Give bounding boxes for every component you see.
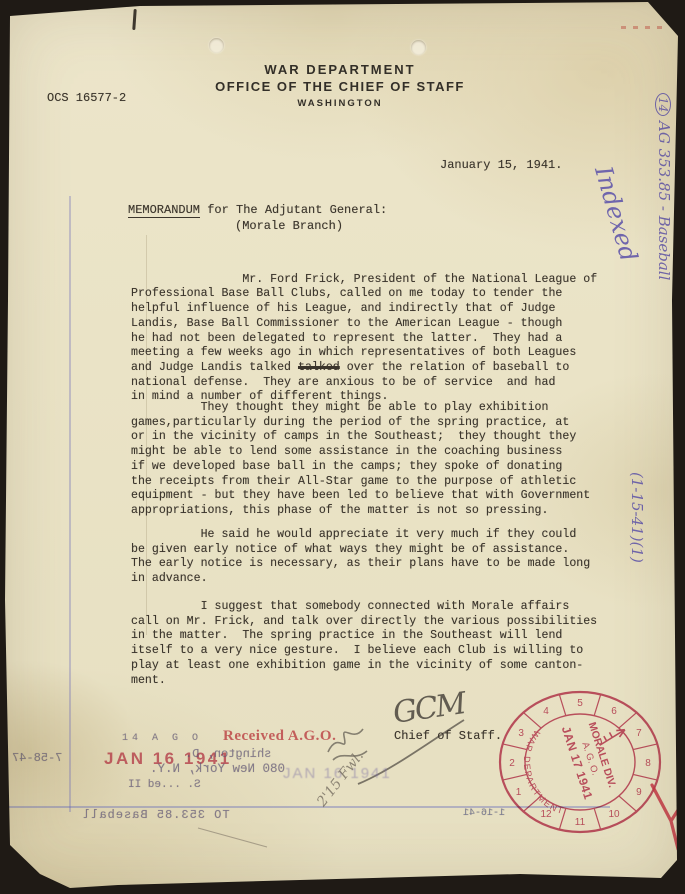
document-paper: OCS 16577-2 WAR DEPARTMENT OFFICE OF THE… bbox=[0, 0, 685, 894]
paper-vignette bbox=[0, 0, 685, 894]
photo-frame: OCS 16577-2 WAR DEPARTMENT OFFICE OF THE… bbox=[0, 0, 685, 894]
